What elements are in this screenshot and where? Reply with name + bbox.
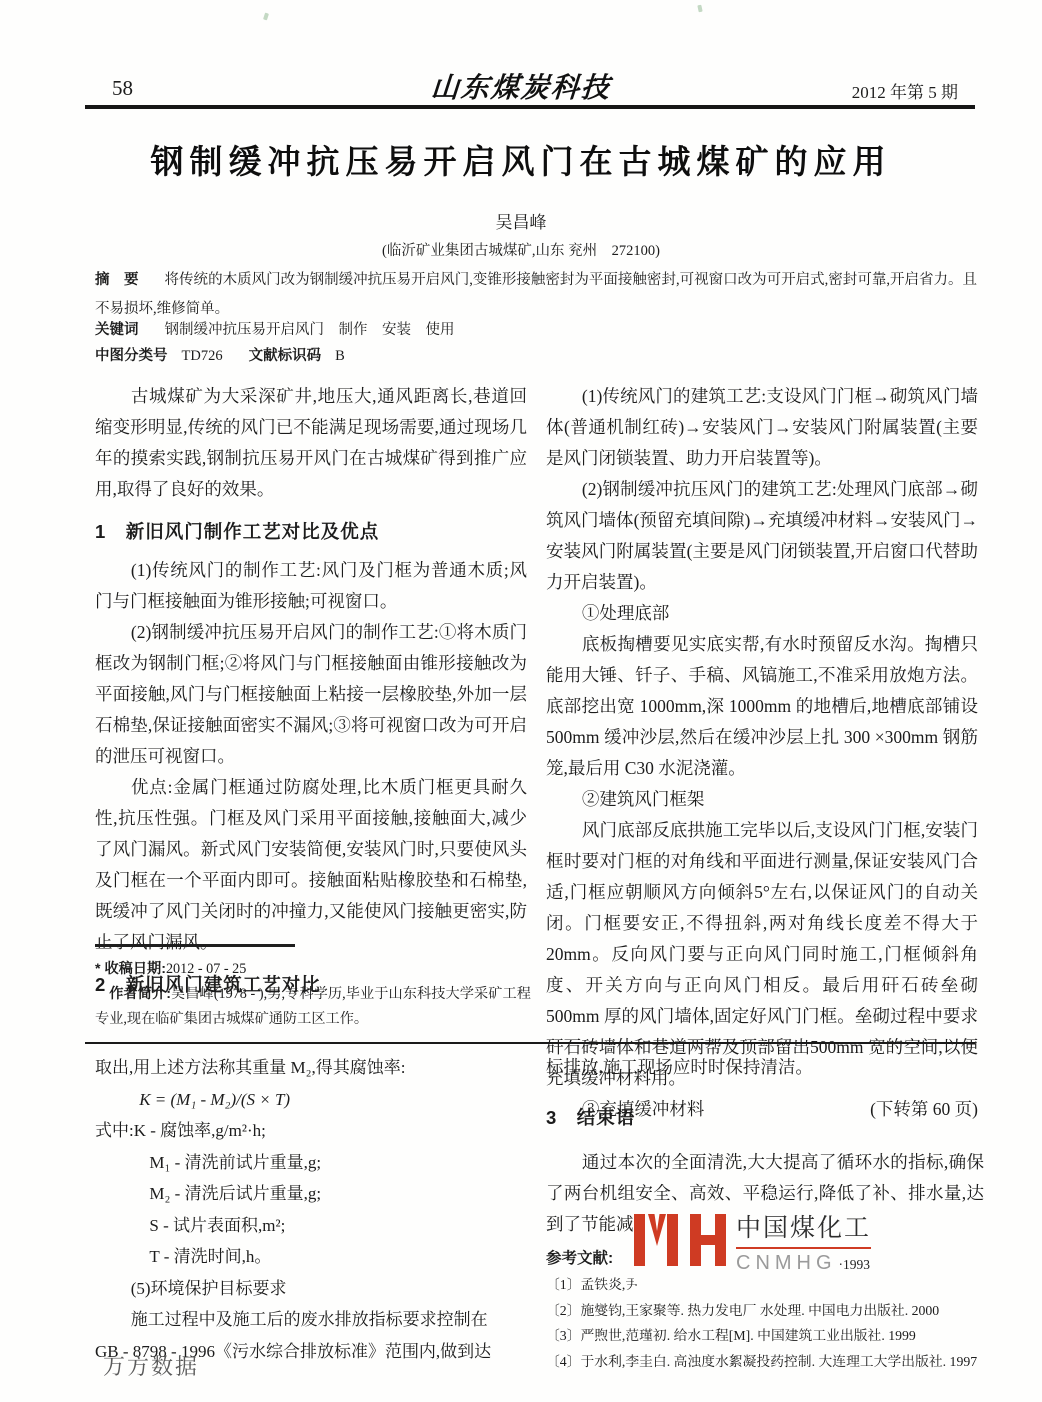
formula-where-line: 式中:K - 腐蚀率,g/m²·h;: [95, 1115, 531, 1147]
abstract-label: 摘 要: [95, 272, 139, 288]
article-separator-rule: [85, 1042, 975, 1044]
keywords-label: 关键词: [95, 322, 139, 338]
reference-item: 〔4〕于水利,李圭白. 高浊度水絮凝投药控制. 大连理工大学出版社. 1997: [546, 1349, 984, 1375]
keywords-text: 钢制缓冲抗压易开启风门 制作 安装 使用: [165, 322, 455, 338]
coal-chem-watermark: 中国煤化工 CNMHG ·1993: [634, 1208, 902, 1284]
footnote-rule: [95, 944, 295, 947]
article-affiliation: (临沂矿业集团古城煤矿,山东 兖州 272100): [0, 239, 1042, 260]
coal-chem-en-row: CNMHG ·1993: [736, 1252, 871, 1275]
right-paragraph-1: (1)传统风门的建筑工艺:支设风门门框→砌筑风门墙体(普通机制红砖)→安装风门→…: [546, 381, 978, 474]
bottom-left-column: 取出,用上述方法称其重量 M₂,得其腐蚀率: K = (M₁ - M₂)/(S …: [95, 1052, 531, 1367]
author-bio-label: 作者简介:: [109, 986, 171, 1002]
header-rule: [85, 105, 975, 109]
section-1-heading: 1 新旧风门制作工艺对比及优点: [95, 518, 527, 544]
intro-paragraph: 古城煤矿为大采深矿井,地压大,通风距离长,巷道回缩变形明显,传统的风门已不能满足…: [95, 381, 527, 505]
reference-item: 〔2〕施燮钧,王家聚等. 热力发电厂 水处理. 中国电力出版社. 2000: [546, 1298, 984, 1324]
variable-definition: M₁ - 清洗前试片重量,g;: [95, 1147, 531, 1179]
right-paragraph-2: (2)钢制缓冲抗压风门的建筑工艺:处理风门底部→砌筑风门墙体(预留充填间隙)→充…: [546, 474, 978, 598]
coal-chem-text-block: 中国煤化工 CNMHG ·1993: [736, 1208, 871, 1275]
scan-speck: [697, 5, 702, 13]
section-3-heading: 3 结束语: [546, 1104, 984, 1130]
variable-definition: M₂ - 清洗后试片重量,g;: [95, 1178, 531, 1210]
text-line: 标排放,施工现场应时时保持清洁。: [546, 1052, 984, 1083]
coal-chem-en-text: CNMHG: [736, 1252, 837, 1275]
abstract-text: 将传统的木质风门改为钢制缓冲抗压易开启风门,变锥形接触密封为平面接触密封,可视窗…: [95, 272, 977, 317]
author-footnote: * 收稿日期:2012 - 07 - 25 作者简介:吴昌峰(1978 - ),…: [95, 944, 531, 1032]
author-bio-line: 作者简介:吴昌峰(1978 - ),男,专科学历,毕业于山东科技大学采矿工程专业…: [95, 982, 531, 1032]
left-paragraph-1: (1)传统风门的制作工艺:风门及门框为普通木质;风门与门框接触面为锥形接触;可视…: [95, 555, 527, 617]
clc-value: TD726: [182, 348, 223, 364]
text-line: 取出,用上述方法称其重量 M₂,得其腐蚀率:: [95, 1052, 531, 1084]
text-line: 施工过程中及施工后的废水排放指标要求控制在: [95, 1304, 531, 1336]
right-column: (1)传统风门的建筑工艺:支设风门门框→砌筑风门墙体(普通机制红砖)→安装风门→…: [546, 381, 978, 1125]
left-paragraph-2: (2)钢制缓冲抗压易开启风门的制作工艺:①将木质门框改为钢制门框;②将风门与门框…: [95, 617, 527, 772]
subheading-2: ②建筑风门框架: [546, 784, 978, 815]
keywords-line: 关键词钢制缓冲抗压易开启风门 制作 安装 使用: [95, 318, 977, 339]
scan-speck: [263, 13, 269, 21]
right-paragraph-3: 底板掏槽要见实底实帮,有水时预留反水沟。掏槽只能用大锤、钎子、手稿、风镐施工,不…: [546, 629, 978, 784]
variable-definition: T - 清洗时间,h。: [95, 1241, 531, 1273]
subheading-1: ①处理底部: [546, 598, 978, 629]
classification-line: 中图分类号TD726文献标识码B: [95, 344, 977, 365]
article-author: 吴昌峰: [0, 208, 1042, 233]
coal-chem-logo-icon: [634, 1214, 726, 1266]
coal-chem-cn-text: 中国煤化工: [736, 1208, 871, 1249]
variable-definition: S - 试片表面积,m²;: [95, 1210, 531, 1242]
doc-code-label: 文献标识码: [249, 348, 322, 364]
corrosion-rate-formula: K = (M₁ - M₂)/(S × T): [95, 1084, 531, 1116]
wanfang-data-watermark: 万方数据: [103, 1350, 199, 1381]
left-paragraph-3: 优点:金属门框通过防腐处理,比木质门框更具耐久性,抗压性强。门框及风门采用平面接…: [95, 772, 527, 958]
left-column: 古城煤矿为大采深矿井,地压大,通风距离长,巷道回缩变形明显,传统的风门已不能满足…: [95, 381, 527, 1008]
item-5-heading: (5)环境保护目标要求: [95, 1273, 531, 1305]
reference-1-year: ·1993: [839, 1257, 871, 1273]
received-date-label: * 收稿日期:: [95, 961, 166, 977]
journal-page: 58 山东煤炭科技 2012 年第 5 期 钢制缓冲抗压易开启风门在古城煤矿的应…: [0, 0, 1042, 1402]
issue-label: 2012 年第 5 期: [852, 78, 958, 103]
doc-code-value: B: [335, 348, 345, 364]
reference-item: 〔3〕严煦世,范瑾初. 给水工程[M]. 中国建筑工业出版社. 1999: [546, 1323, 984, 1349]
abstract-block: 摘 要将传统的木质风门改为钢制缓冲抗压易开启风门,变锥形接触密封为平面接触密封,…: [95, 266, 977, 324]
received-date-line: * 收稿日期:2012 - 07 - 25: [95, 957, 531, 982]
article-title: 钢制缓冲抗压易开启风门在古城煤矿的应用: [0, 136, 1042, 183]
clc-label: 中图分类号: [95, 348, 168, 364]
received-date-value: 2012 - 07 - 25: [166, 961, 246, 977]
